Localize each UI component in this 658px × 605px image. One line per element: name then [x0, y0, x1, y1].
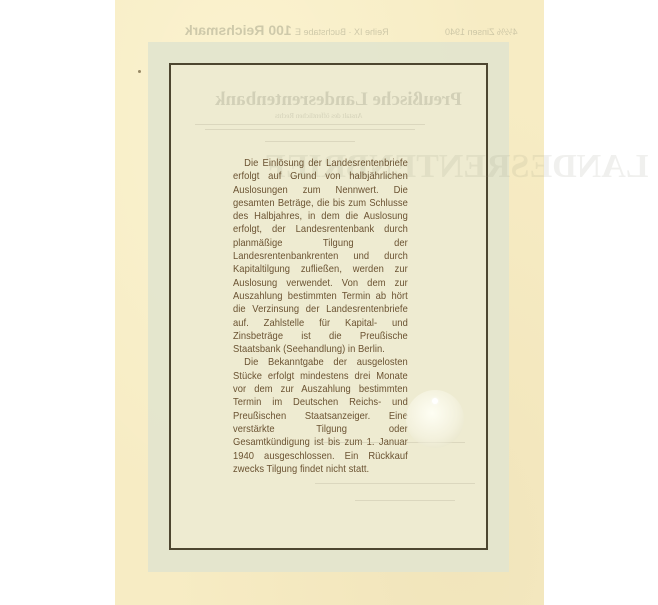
- bleed-line: [205, 129, 415, 130]
- terms-text: Die Einlösung der Landesrentenbriefe erf…: [233, 157, 408, 476]
- bleed-signature-line: [315, 483, 475, 484]
- bleed-subtitle: Anstalt des öffentlichen Rechts: [275, 112, 363, 120]
- bleed-header-interest: 4½% Zinsen 1940: [445, 27, 518, 37]
- embossed-seal: [406, 390, 464, 448]
- paper-speck: [138, 70, 141, 73]
- certificate-paper: 100 Reichsmark Reihe IX · Buchstabe E 4½…: [115, 0, 544, 605]
- bleed-line: [265, 141, 355, 142]
- bleed-signature-line: [355, 500, 455, 501]
- announcement-paragraph: Die Bekanntgabe der ausgelosten Stücke e…: [233, 356, 408, 476]
- seal-punch-hole: [432, 398, 438, 404]
- bleed-title: Preußische Landesrentenbank: [215, 89, 462, 111]
- redemption-paragraph: Die Einlösung der Landesrentenbriefe erf…: [233, 157, 408, 356]
- bleed-header-series: Reihe IX · Buchstabe E: [295, 27, 389, 37]
- bleed-header-denomination: 100 Reichsmark: [185, 22, 292, 38]
- bleed-line: [195, 124, 425, 125]
